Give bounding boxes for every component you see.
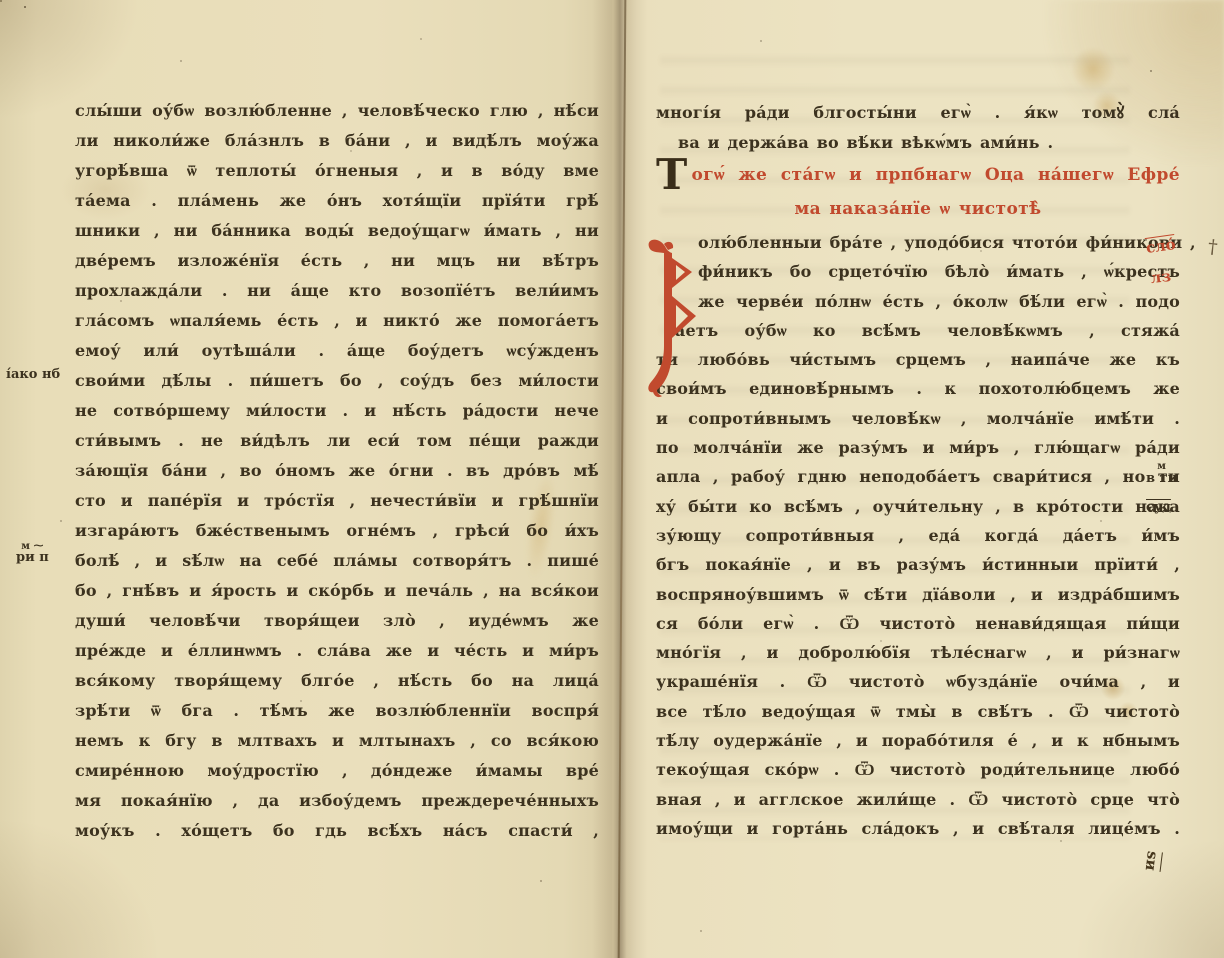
text-line: ба́етъ оу́бѡ ко всѣ́мъ человѣ́кѡмъ , стя…	[656, 316, 1180, 345]
text-line: сти́вымъ . не ви́дѣлъ ли еси́ том пе́щи …	[75, 426, 599, 456]
text-line: текоу́щая ско́рѡ . Ѿ чистото̀ роди́тельн…	[656, 755, 1180, 784]
right-text-block: многі́я ра́ди блгосты́ни егѡ̀ . я́кѡ том…	[656, 98, 1180, 843]
chapter-number: лз	[1145, 267, 1176, 287]
text-line: болѣ́ , и ѕѣ́лѡ на себе́ пла́мы сотворя́…	[75, 546, 599, 576]
text-line: вся́кому творя́щему блго́е , нѣ́сть бо н…	[75, 666, 599, 696]
text-line: бгъ покая́нїе , и въ разу́мъ и́стинныи п…	[656, 550, 1180, 579]
margin-note-text: суд	[1146, 500, 1177, 515]
text-line: апла , рабоу́ гдню неподоба́етъ свари́ти…	[656, 462, 1180, 491]
rubric-heading: Т огѡ́ же ста́гѡ и прпбнагѡ Оца на́шегѡ …	[656, 158, 1180, 194]
text-line: украше́нїя . Ѿ чистото̀ ѡбузда́нїе очи́м…	[656, 667, 1180, 696]
text-line: ти любо́вь чи́стымъ срцемъ , наипа́че же…	[656, 345, 1180, 374]
text-line: ху́ бы́ти ко всѣ́мъ , оучи́тельну , в кр…	[656, 492, 1180, 521]
text-line: все тѣ́ло ведоу́щая ѿ тмы̀ в свѣ́тъ . Ѿ …	[656, 697, 1180, 726]
text-line: шники , ни ба́нника воды́ ведоу́щагѡ и́м…	[75, 216, 599, 246]
text-line: сто и папе́рїя и тро́стїя , нечести́вїи …	[75, 486, 599, 516]
margin-note-text: в ти	[1146, 471, 1177, 486]
left-margin-note-upper: і́ако нб	[6, 368, 60, 381]
text-line: тѣ́лу оудержа́нїе , и порабо́тиля е́ , и…	[656, 726, 1180, 755]
book-gutter	[592, 0, 648, 958]
text-line: моу́къ . хо́щетъ бо гдь всѣ́хъ на́съ спа…	[75, 816, 599, 846]
text-line: ли николи́же бла́знлъ в ба́ни , и видѣ́л…	[75, 126, 599, 156]
rubric-heading-line: огѡ́ же ста́гѡ и прпбнагѡ Оца на́шегѡ Еф…	[691, 158, 1180, 192]
text-line: мно́гїя , и добролю́бїя тѣле́снагѡ , и р…	[656, 638, 1180, 667]
text-line: за́ющїя ба́ни , во о́номъ же о́гни . въ …	[75, 456, 599, 486]
text-line: смире́нною моу́дростїю , до́ндеже и́мамы…	[75, 756, 599, 786]
text-line: по молча́нїи же разу́мъ и ми́ръ , глю́ща…	[656, 433, 1180, 462]
chapter-word: сло́	[1145, 236, 1177, 257]
text-line: зрѣ́ти ѿ бга . тѣ́мъ же возлю́бленнїи во…	[75, 696, 599, 726]
text-line: емоу́ или́ оутѣша́ли . а́ще боу́детъ ѡсу…	[75, 336, 599, 366]
text-line: имоу́щи и горта́нь сла́докъ , и свѣ́таля…	[656, 814, 1180, 843]
text-line: слы́ши оу́бѡ возлю́бленне , человѣ́ческо…	[75, 96, 599, 126]
left-margin-note-lower: м ⁓ ри п	[16, 542, 49, 564]
text-line: же черве́и по́лнѡ е́сть , о́колѡ бѣ́ли е…	[656, 287, 1180, 316]
book-spread: слы́ши оу́бѡ возлю́бленне , человѣ́ческо…	[0, 0, 1224, 958]
left-text-block: слы́ши оу́бѡ возлю́бленне , человѣ́ческо…	[75, 96, 599, 846]
text-line: свои́ми дѣ́лы . пи́шетъ бо , соу́дъ без …	[75, 366, 599, 396]
paper-specks	[0, 0, 2, 2]
text-line: олю́бленныи бра́те , уподо́бися чтото́и …	[656, 228, 1180, 257]
text-line: вная , и агглское жили́ще . Ѿ чистото̀ с…	[656, 785, 1180, 814]
margin-note-text: ри п	[16, 550, 49, 565]
rubric-heading-line: ма наказа́нїе ѡ чистотѣ̀	[656, 194, 1180, 224]
signature-mark: ѕи	[1142, 850, 1162, 872]
ornate-initial-letter	[642, 234, 698, 402]
text-line: свои́мъ единовѣ́рнымъ . к похотолю́бцемъ…	[656, 374, 1180, 403]
text-line: души́ человѣ́чи творя́щеи зло̀ , иуде́ѡм…	[75, 606, 599, 636]
text-line: бо , гнѣ́въ и я́рость и ско́рбь и печа́л…	[75, 576, 599, 606]
heading-initial-letter: Т	[656, 158, 687, 192]
text-line: изгара́ютъ бже́ственымъ огне́мъ , грѣси́…	[75, 516, 599, 546]
right-margin-chapter-note: сло́ лз	[1146, 238, 1176, 286]
margin-note-superscript: м	[1146, 462, 1177, 471]
right-margin-reference-note: м в ти суд	[1146, 462, 1177, 515]
text-line: угорѣ́вша ѿ теплоты́ о́гненыя , и в во́д…	[75, 156, 599, 186]
text-line: немъ к бгу в млтвахъ и млтынахъ , со вся…	[75, 726, 599, 756]
text-line: многі́я ра́ди блгосты́ни егѡ̀ . я́кѡ том…	[656, 98, 1180, 128]
text-line: воспряноу́вшимъ ѿ сѣ́ти дїа́воли , и изд…	[656, 580, 1180, 609]
text-line: прохлажда́ли . ни а́ще кто возопїе́тъ ве…	[75, 276, 599, 306]
text-line: ва и держа́ва во вѣ́ки вѣкѡ́мъ ами́нь .	[656, 128, 1180, 158]
text-line: пре́жде и е́ллинѡмъ . сла́ва же и че́сть…	[75, 636, 599, 666]
text-line: не сотво́ршему ми́лости . и нѣ́сть ра́до…	[75, 396, 599, 426]
text-line: гла́сомъ ѡпаля́емь е́сть , и никто́ же п…	[75, 306, 599, 336]
text-line: ся бо́ли егѡ̀ . Ѿ чистото̀ ненави́дящая …	[656, 609, 1180, 638]
text-line: зу́ющу сопроти́вныя , еда́ когда́ да́етъ…	[656, 521, 1180, 550]
text-line: мя покая́нїю , да избоу́демъ преждерече́…	[75, 786, 599, 816]
text-line: фи́никъ бо срцето́чїю бѣло̀ и́мать , ѡ́к…	[656, 257, 1180, 286]
text-line: и сопроти́внымъ человѣ́кѡ , молча́нїе им…	[656, 404, 1180, 433]
text-line: та́ема . пла́мень же о́нъ хотя́щїи прїя́…	[75, 186, 599, 216]
text-line: две́ремъ изложе́нїя е́сть , ни мцъ ни вѣ…	[75, 246, 599, 276]
right-body-text: олю́бленныи бра́те , уподо́бися чтото́и …	[656, 228, 1180, 843]
